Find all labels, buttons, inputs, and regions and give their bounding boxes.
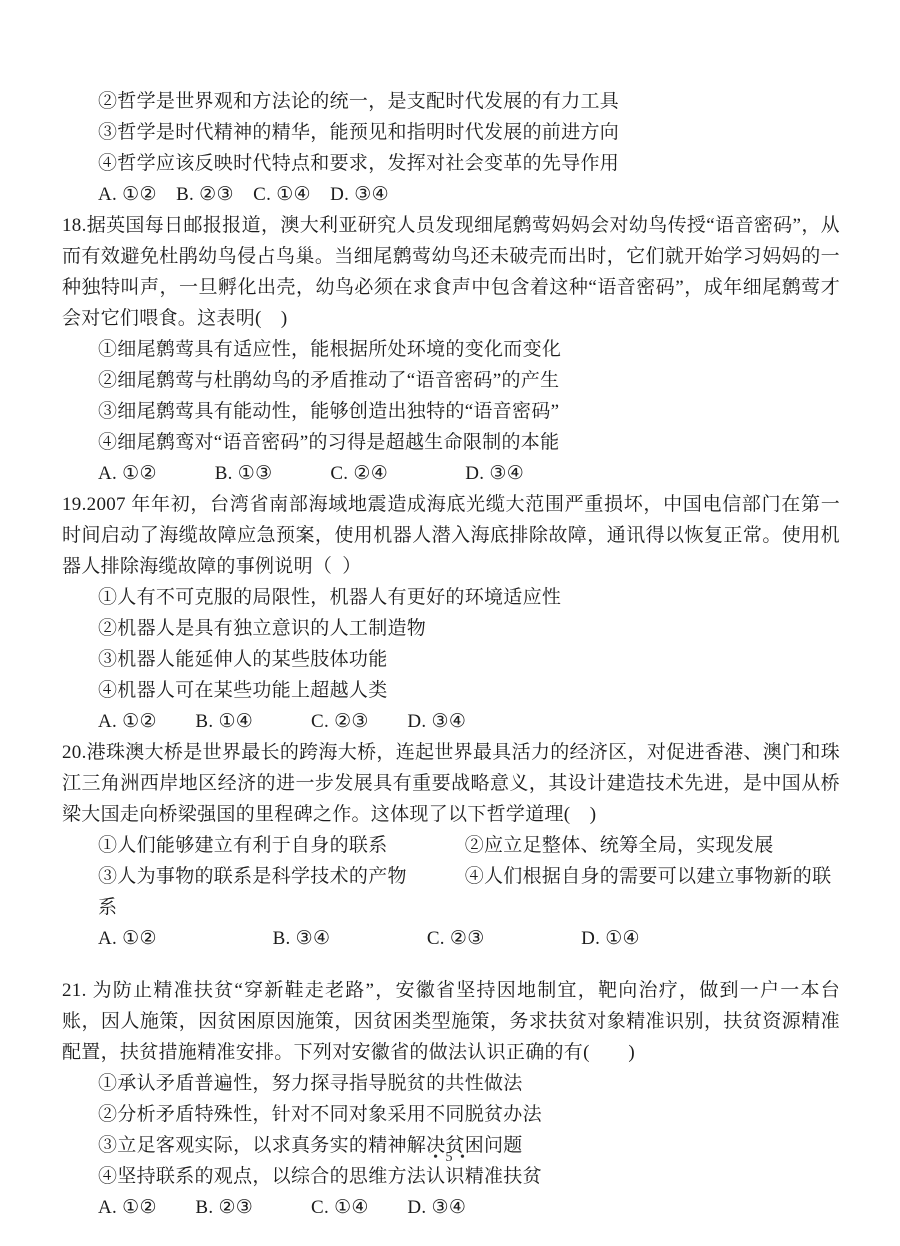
answer-row: A. ①② B. ②③ C. ①④ D. ③④ <box>62 179 840 210</box>
footer-page-number: • 5 • <box>0 1150 900 1166</box>
answer-row: A. ①② B. ③④ C. ②③ D. ①④ <box>62 923 840 954</box>
option-line: ①人们能够建立有利于自身的联系 ②应立足整体、统筹全局，实现发展 <box>62 830 840 861</box>
option-line: ③哲学是时代精神的精华，能预见和指明时代发展的前进方向 <box>62 117 840 148</box>
question-paragraph: 20.港珠澳大桥是世界最长的跨海大桥，连起世界最具活力的经济区，对促进香港、澳门… <box>62 737 840 830</box>
answer-row: A. ①② B. ①③ C. ②④ D. ③④ <box>62 458 840 489</box>
option-line: ④细尾鹩鸾对“语音密码”的习得是超越生命限制的本能 <box>62 427 840 458</box>
question-paragraph: 19.2007 年年初，台湾省南部海域地震造成海底光缆大范围严重损坏，中国电信部… <box>62 489 840 582</box>
option-line: ①人有不可克服的局限性，机器人有更好的环境适应性 <box>62 582 840 613</box>
option-line: ②机器人是具有独立意识的人工制造物 <box>62 613 840 644</box>
option-line: ③机器人能延伸人的某些肢体功能 <box>62 644 840 675</box>
option-line: ③人为事物的联系是科学技术的产物 ④人们根据自身的需要可以建立事物新的联系 <box>62 861 840 923</box>
option-line: ④机器人可在某些功能上超越人类 <box>62 675 840 706</box>
exam-page: ②哲学是世界观和方法论的统一，是支配时代发展的有力工具③哲学是时代精神的精华，能… <box>0 0 900 1223</box>
answer-row: A. ①② B. ①④ C. ②③ D. ③④ <box>62 706 840 737</box>
option-line: ①承认矛盾普遍性，努力探寻指导脱贫的共性做法 <box>62 1068 840 1099</box>
document-body: ②哲学是世界观和方法论的统一，是支配时代发展的有力工具③哲学是时代精神的精华，能… <box>62 86 840 1223</box>
option-line: ②细尾鹩莺与杜鹃幼鸟的矛盾推动了“语音密码”的产生 <box>62 365 840 396</box>
option-line: ③细尾鹩莺具有能动性，能够创造出独特的“语音密码” <box>62 396 840 427</box>
option-line: ①细尾鹩莺具有适应性，能根据所处环境的变化而变化 <box>62 334 840 365</box>
spacer-line <box>62 954 840 975</box>
question-paragraph: 18.据英国每日邮报报道，澳大利亚研究人员发现细尾鹩莺妈妈会对幼鸟传授“语音密码… <box>62 210 840 334</box>
option-line: ②分析矛盾特殊性，针对不同对象采用不同脱贫办法 <box>62 1099 840 1130</box>
option-line: ②哲学是世界观和方法论的统一，是支配时代发展的有力工具 <box>62 86 840 117</box>
answer-row: A. ①② B. ②③ C. ①④ D. ③④ <box>62 1192 840 1223</box>
question-paragraph: 21. 为防止精准扶贫“穿新鞋走老路”，安徽省坚持因地制宜，靶向治疗，做到一户一… <box>62 975 840 1068</box>
option-line: ④哲学应该反映时代特点和要求，发挥对社会变革的先导作用 <box>62 148 840 179</box>
